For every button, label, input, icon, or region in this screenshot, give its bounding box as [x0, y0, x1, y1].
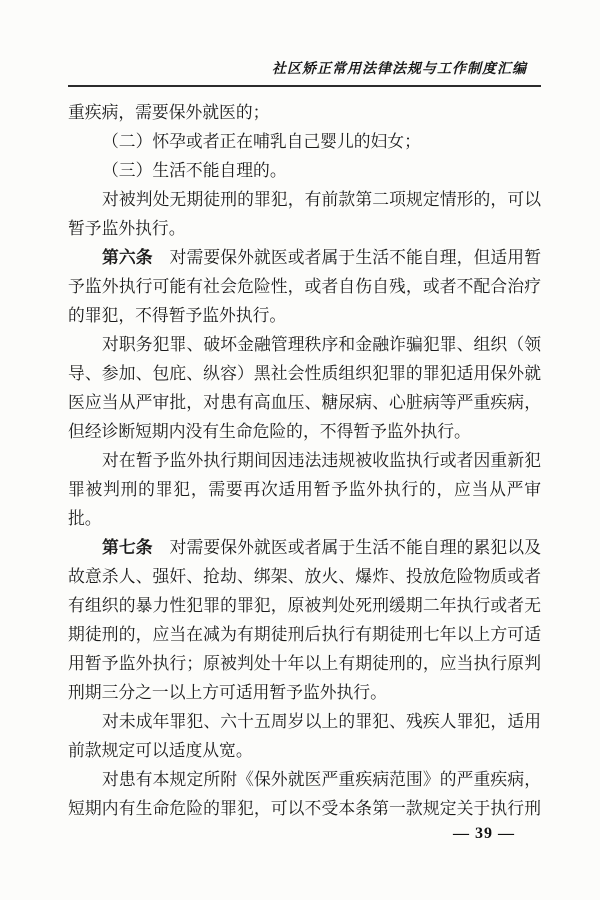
- text-line: 有组织的暴力性犯罪的罪犯，原被判处死刑缓期二年执行或者无: [68, 591, 541, 620]
- text-line: （二）怀孕或者正在哺乳自己婴儿的妇女；: [68, 127, 541, 156]
- line-text: 暂予监外执行。: [68, 219, 185, 238]
- header-title: 社区矫正常用法律法规与工作制度汇编: [68, 60, 541, 80]
- text-line: 对未成年罪犯、六十五周岁以上的罪犯、残疾人罪犯，适用: [68, 707, 541, 736]
- document-page: 社区矫正常用法律法规与工作制度汇编 重疾病，需要保外就医的；（二）怀孕或者正在哺…: [0, 0, 600, 900]
- article-number: 第七条: [102, 538, 153, 557]
- text-line: （三）生活不能自理的。: [68, 156, 541, 185]
- running-header: 社区矫正常用法律法规与工作制度汇编: [68, 0, 541, 87]
- text-line: 医应当从严审批，对患有高血压、糖尿病、心脏病等严重疾病，: [68, 388, 541, 417]
- text-line: 的罪犯，不得暂予监外执行。: [68, 301, 541, 330]
- line-text: 前款规定可以适度从宽。: [68, 741, 253, 760]
- line-text: 用暂予监外执行；原被判处十年以上有期徒刑的，应当执行原判: [68, 654, 541, 673]
- line-text: 对职务犯罪、破坏金融管理秩序和金融诈骗犯罪、组织（领: [102, 335, 541, 354]
- page-number: — 39 —: [68, 825, 541, 843]
- article-number: 第六条: [102, 248, 153, 267]
- text-line: 对被判处无期徒刑的罪犯，有前款第二项规定情形的，可以: [68, 185, 541, 214]
- text-line: 但经诊断短期内没有生命危险的，不得暂予监外执行。: [68, 417, 541, 446]
- line-text: 医应当从严审批，对患有高血压、糖尿病、心脏病等严重疾病，: [68, 393, 541, 412]
- document-body: 重疾病，需要保外就医的；（二）怀孕或者正在哺乳自己婴儿的妇女；（三）生活不能自理…: [68, 98, 541, 823]
- line-text: 对患有本规定所附《保外就医严重疾病范围》的严重疾病，: [102, 770, 541, 789]
- line-text: 的罪犯，不得暂予监外执行。: [68, 306, 286, 325]
- line-text: 但经诊断短期内没有生命危险的，不得暂予监外执行。: [68, 422, 471, 441]
- line-text: 短期内有生命危险的罪犯，可以不受本条第一款规定关于执行刑: [68, 799, 541, 818]
- text-line: 罪被判刑的罪犯，需要再次适用暂予监外执行的，应当从严审: [68, 475, 541, 504]
- line-text: 予监外执行可能有社会危险性，或者自伤自残，或者不配合治疗: [68, 277, 541, 296]
- line-text: 对需要保外就医或者属于生活不能自理的累犯以及: [153, 538, 541, 557]
- line-text: 导、参加、包庇、纵容）黑社会性质组织犯罪的罪犯适用保外就: [68, 364, 541, 383]
- text-line: 暂予监外执行。: [68, 214, 541, 243]
- line-text: 故意杀人、强奸、抢劫、绑架、放火、爆炸、投放危险物质或者: [68, 567, 541, 586]
- header-rule: [68, 85, 541, 87]
- line-text: 批。: [68, 509, 102, 528]
- text-line: 第六条 对需要保外就医或者属于生活不能自理，但适用暂: [68, 243, 541, 272]
- text-line: 短期内有生命危险的罪犯，可以不受本条第一款规定关于执行刑: [68, 794, 541, 823]
- line-text: 罪被判刑的罪犯，需要再次适用暂予监外执行的，应当从严审: [68, 480, 541, 499]
- text-line: 前款规定可以适度从宽。: [68, 736, 541, 765]
- text-line: 故意杀人、强奸、抢劫、绑架、放火、爆炸、投放危险物质或者: [68, 562, 541, 591]
- line-text: 对被判处无期徒刑的罪犯，有前款第二项规定情形的，可以: [102, 190, 541, 209]
- text-line: 对在暂予监外执行期间因违法违规被收监执行或者因重新犯: [68, 446, 541, 475]
- text-line: 刑期三分之一以上方可适用暂予监外执行。: [68, 678, 541, 707]
- line-text: 对需要保外就医或者属于生活不能自理，但适用暂: [153, 248, 541, 267]
- text-line: 批。: [68, 504, 541, 533]
- text-line: 对职务犯罪、破坏金融管理秩序和金融诈骗犯罪、组织（领: [68, 330, 541, 359]
- line-text: （二）怀孕或者正在哺乳自己婴儿的妇女；: [102, 132, 421, 151]
- text-line: 第七条 对需要保外就医或者属于生活不能自理的累犯以及: [68, 533, 541, 562]
- line-text: 有组织的暴力性犯罪的罪犯，原被判处死刑缓期二年执行或者无: [68, 596, 541, 615]
- line-text: （三）生活不能自理的。: [102, 161, 287, 180]
- line-text: 对在暂予监外执行期间因违法违规被收监执行或者因重新犯: [102, 451, 541, 470]
- line-text: 期徒刑的，应当在减为有期徒刑后执行有期徒刑七年以上方可适: [68, 625, 541, 644]
- line-text: 重疾病，需要保外就医的；: [68, 103, 269, 122]
- text-line: 予监外执行可能有社会危险性，或者自伤自残，或者不配合治疗: [68, 272, 541, 301]
- text-line: 用暂予监外执行；原被判处十年以上有期徒刑的，应当执行原判: [68, 649, 541, 678]
- text-line: 重疾病，需要保外就医的；: [68, 98, 541, 127]
- content-block: 社区矫正常用法律法规与工作制度汇编 重疾病，需要保外就医的；（二）怀孕或者正在哺…: [68, 0, 541, 843]
- text-line: 对患有本规定所附《保外就医严重疾病范围》的严重疾病，: [68, 765, 541, 794]
- line-text: 刑期三分之一以上方可适用暂予监外执行。: [68, 683, 387, 702]
- text-line: 导、参加、包庇、纵容）黑社会性质组织犯罪的罪犯适用保外就: [68, 359, 541, 388]
- line-text: 对未成年罪犯、六十五周岁以上的罪犯、残疾人罪犯，适用: [102, 712, 541, 731]
- text-line: 期徒刑的，应当在减为有期徒刑后执行有期徒刑七年以上方可适: [68, 620, 541, 649]
